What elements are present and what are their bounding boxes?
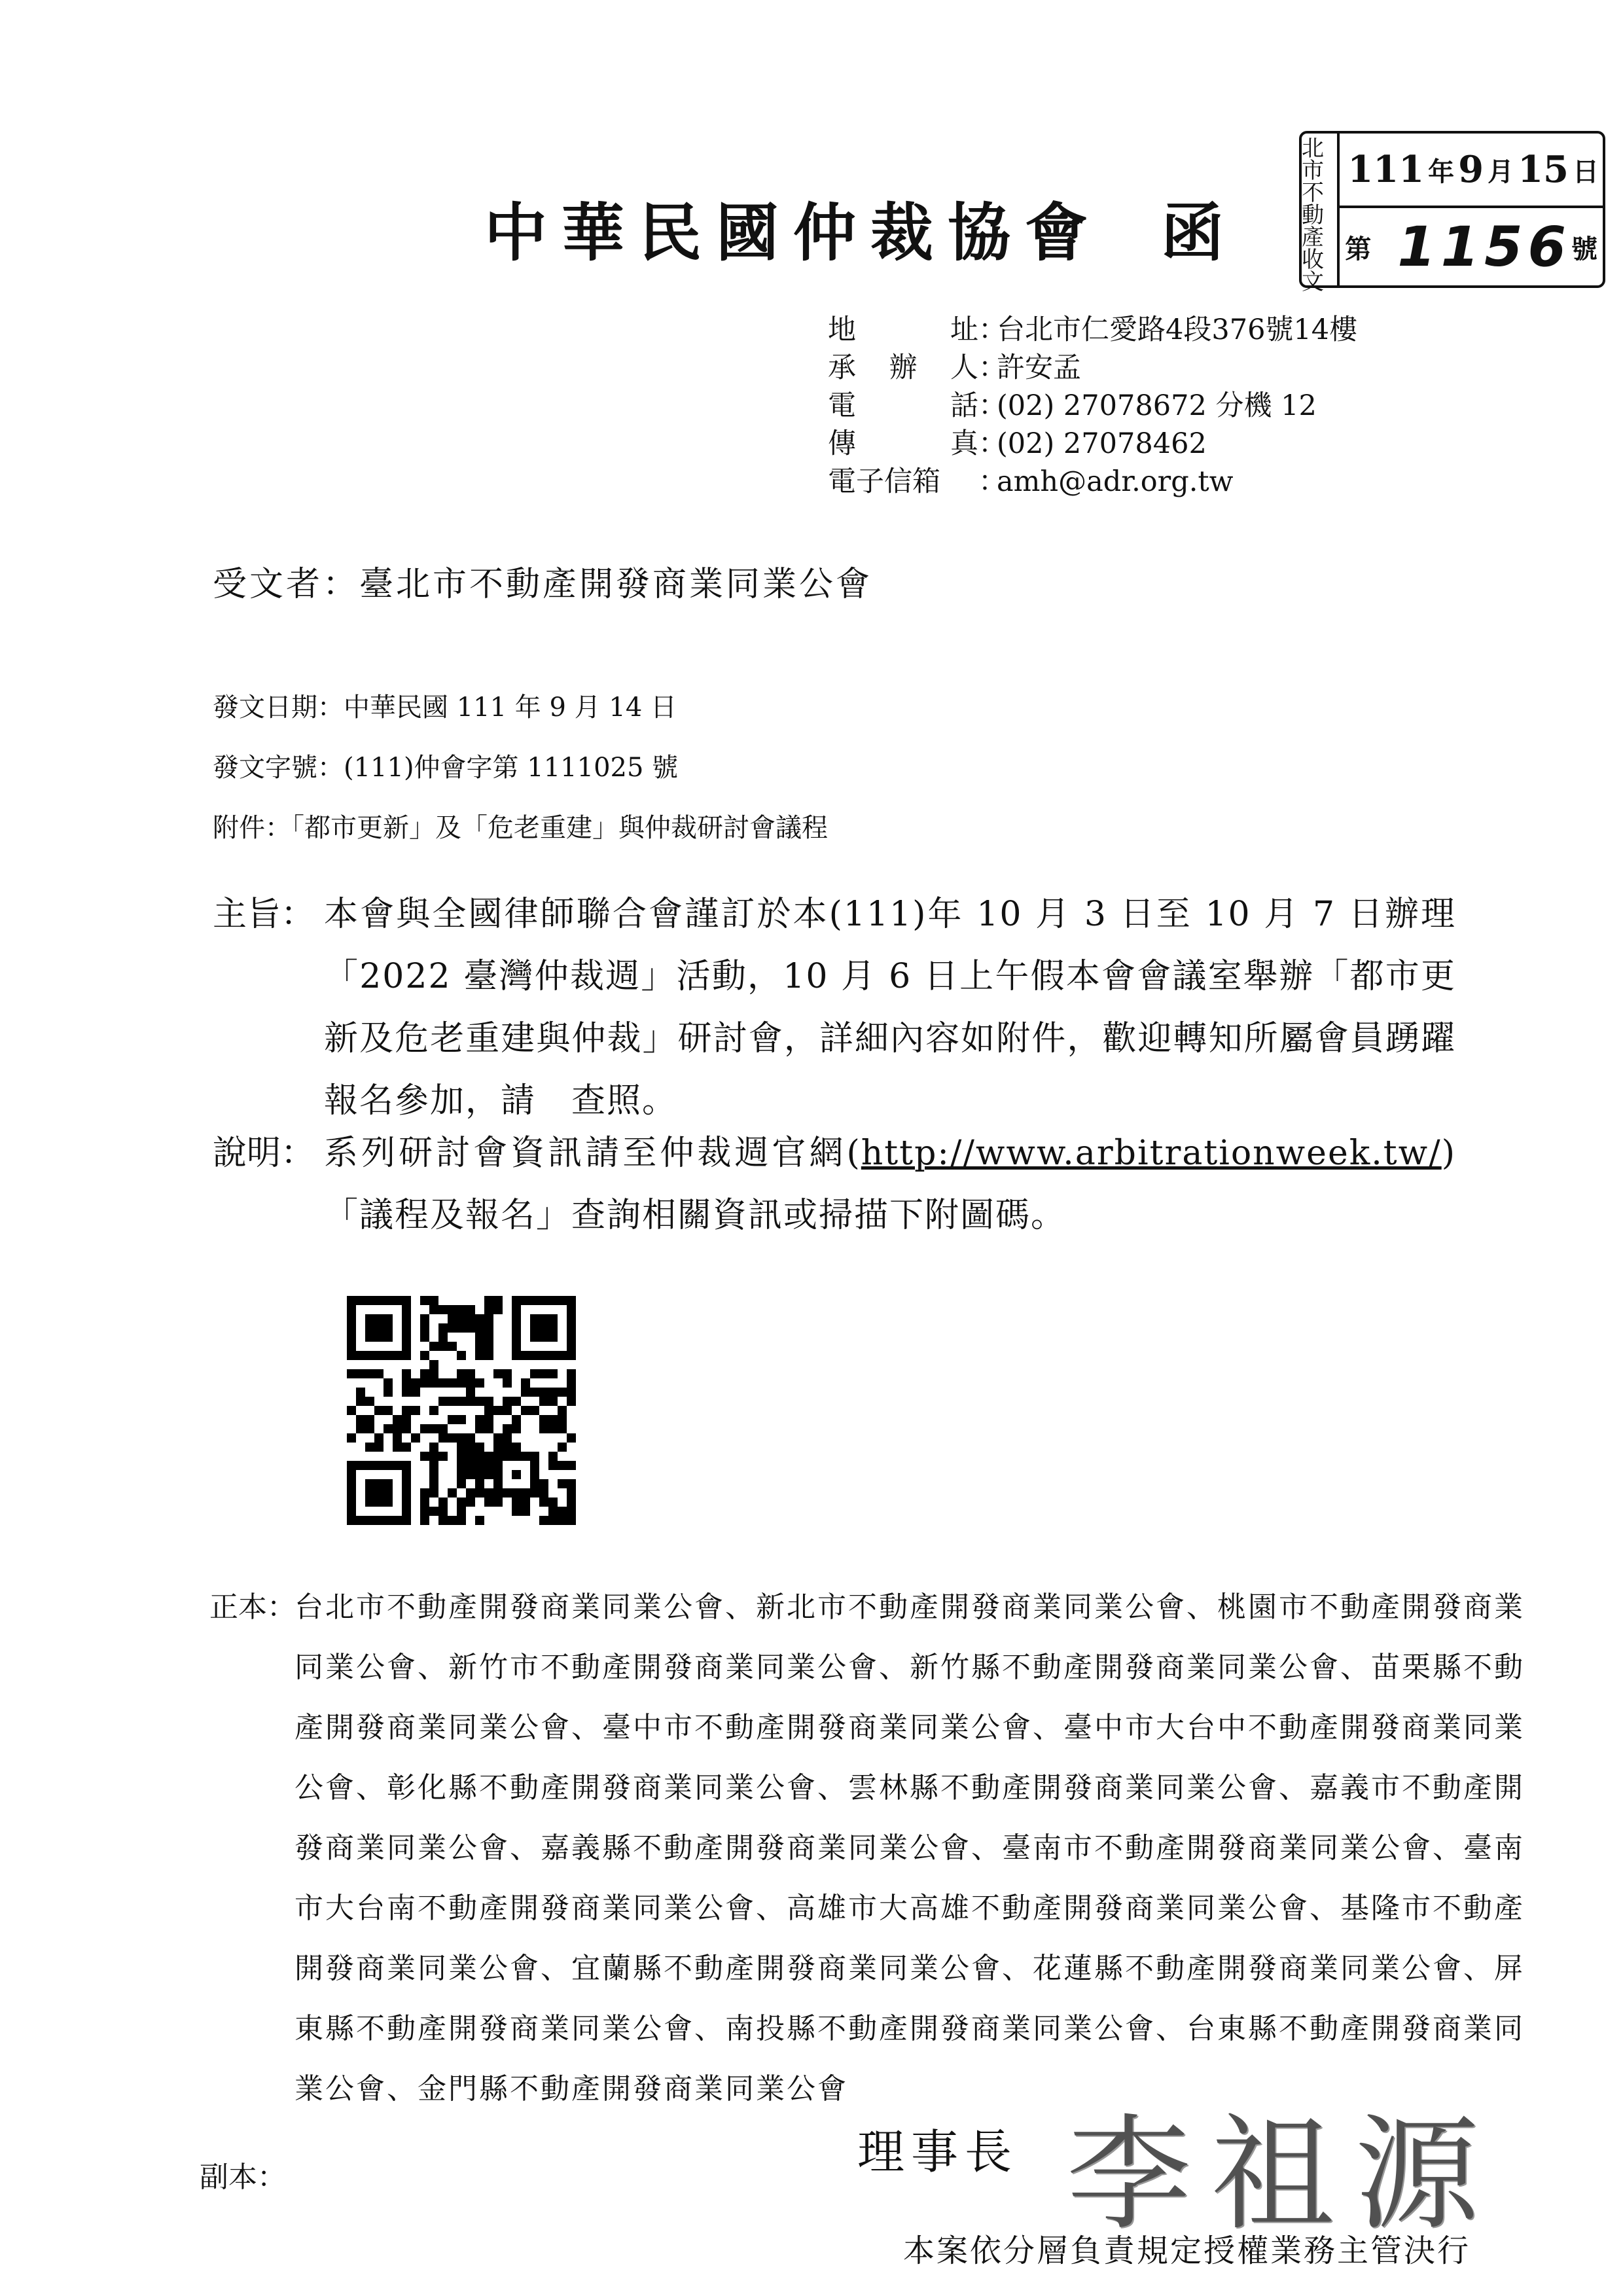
chair-title: 理事長 bbox=[857, 2114, 1018, 2182]
stamp-year-unit: 年 bbox=[1428, 151, 1454, 188]
stamp-number-row: 第 1156 號 bbox=[1340, 208, 1603, 285]
receipt-stamp: 北市 不動產 收文 111 年 9 月 15 日 第 1156 號 bbox=[1299, 131, 1605, 288]
document-meta: 發文日期：中華民國 111 年 9 月 14 日 發文字號：(111)仲會字第 … bbox=[213, 677, 828, 858]
contact-phone: 電話：(02) 27078672 分機 12 bbox=[828, 387, 1357, 425]
delegation-note: 本案依分層負責規定授權業務主管決行 bbox=[903, 2225, 1471, 2270]
stamp-month: 9 bbox=[1458, 148, 1484, 191]
subject-text: 本會與全國律師聯合會謹訂於本(111)年 10 月 3 日至 10 月 7 日辦… bbox=[324, 884, 1456, 1132]
stamp-org-line: 北市 bbox=[1302, 137, 1337, 182]
document-title: 中華民國仲裁協會函 bbox=[484, 183, 1238, 273]
stamp-day-unit: 日 bbox=[1573, 151, 1599, 188]
document-number: 發文字號：(111)仲會字第 1111025 號 bbox=[213, 738, 828, 798]
contact-value: 台北市仁愛路4段376號14樓 bbox=[997, 311, 1357, 349]
cc-label: 副本： bbox=[200, 2153, 286, 2195]
contact-fax: 傳真：(02) 27078462 bbox=[828, 425, 1357, 463]
website-link[interactable]: http://www.arbitrationweek.tw/ bbox=[861, 1134, 1442, 1173]
contact-label: 承辦人 bbox=[828, 349, 978, 387]
qr-code bbox=[347, 1296, 576, 1525]
contact-handler: 承辦人：許安孟 bbox=[828, 349, 1357, 387]
contact-block: 地址：台北市仁愛路4段376號14樓 承辦人：許安孟 電話：(02) 27078… bbox=[828, 311, 1357, 501]
stamp-number-suffix: 號 bbox=[1571, 228, 1597, 266]
issue-date: 發文日期：中華民國 111 年 9 月 14 日 bbox=[213, 677, 828, 738]
stamp-org-line: 收文 bbox=[1302, 249, 1337, 293]
org-name: 中華民國仲裁協會 bbox=[484, 196, 1102, 270]
contact-value: (02) 27078462 bbox=[997, 425, 1207, 463]
recipient-label: 受文者： bbox=[213, 565, 359, 604]
stamp-org: 北市 不動產 收文 bbox=[1302, 134, 1340, 285]
explanation-section: 說明： 系列研討會資訊請至仲裁週官網(http://www.arbitratio… bbox=[213, 1122, 1456, 1247]
explanation-text: 系列研討會資訊請至仲裁週官網(http://www.arbitrationwee… bbox=[324, 1122, 1456, 1247]
contact-label: 電子信箱 bbox=[828, 463, 978, 501]
recipient: 受文者：臺北市不動產開發商業同業公會 bbox=[213, 556, 872, 605]
stamp-day: 15 bbox=[1518, 148, 1569, 191]
stamp-month-unit: 月 bbox=[1488, 151, 1514, 188]
contact-email: 電子信箱：amh@adr.org.tw bbox=[828, 463, 1357, 501]
stamp-org-line: 不動產 bbox=[1302, 182, 1337, 249]
contact-value: 許安孟 bbox=[997, 349, 1081, 387]
contact-value: (02) 27078672 分機 12 bbox=[997, 387, 1317, 425]
stamp-number: 1156 bbox=[1397, 215, 1571, 279]
attachment: 附件：「都市更新」及「危老重建」與仲裁研討會議程 bbox=[213, 798, 828, 858]
stamp-date: 111 年 9 月 15 日 bbox=[1340, 134, 1603, 208]
contact-label: 電話 bbox=[828, 387, 978, 425]
subject-section: 主旨： 本會與全國律師聯合會謹訂於本(111)年 10 月 3 日至 10 月 … bbox=[213, 884, 1456, 1132]
subject-label: 主旨： bbox=[213, 884, 324, 1132]
stamp-year: 111 bbox=[1347, 148, 1424, 191]
copies-section: 正本： 台北市不動產開發商業同業公會、新北市不動產開發商業同業公會、桃園市不動產… bbox=[209, 1577, 1551, 2119]
doc-type: 函 bbox=[1161, 196, 1238, 270]
stamp-number-prefix: 第 bbox=[1345, 228, 1371, 266]
contact-address: 地址：台北市仁愛路4段376號14樓 bbox=[828, 311, 1357, 349]
explanation-label: 說明： bbox=[213, 1122, 324, 1247]
contact-label: 傳真 bbox=[828, 425, 978, 463]
contact-label: 地址 bbox=[828, 311, 978, 349]
copies-text: 台北市不動產開發商業同業公會、新北市不動產開發商業同業公會、桃園市不動產開發商業… bbox=[294, 1577, 1551, 2119]
copies-label: 正本： bbox=[209, 1577, 294, 2119]
contact-value[interactable]: amh@adr.org.tw bbox=[997, 463, 1234, 501]
recipient-value: 臺北市不動產開發商業同業公會 bbox=[359, 565, 872, 604]
